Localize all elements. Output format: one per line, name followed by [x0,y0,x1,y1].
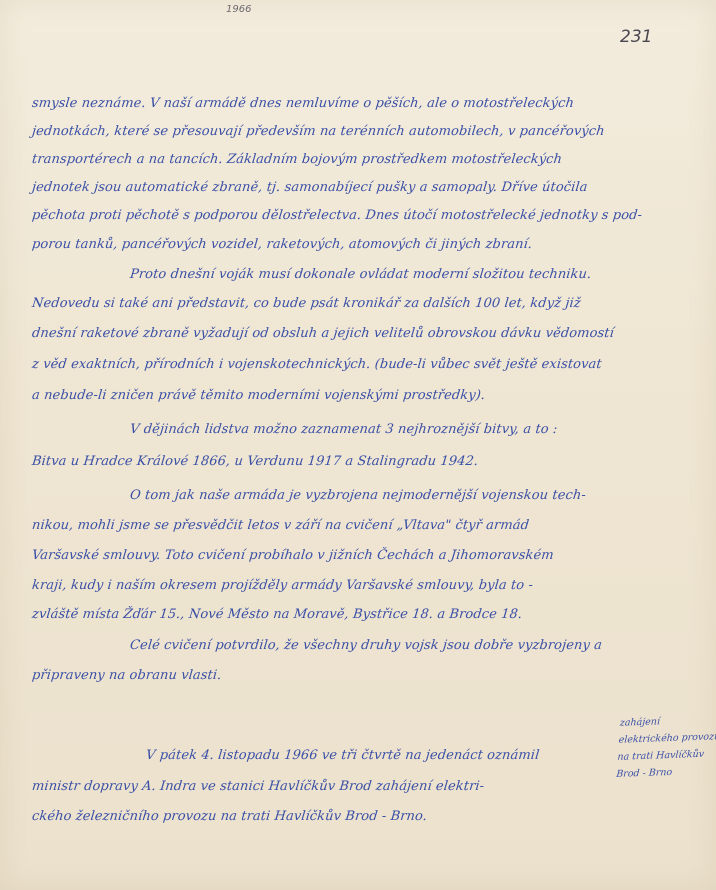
text-line: ministr dopravy A. Indra ve stanici Havl… [31,779,485,794]
text-line: jednotek jsou automatické zbraně, tj. sa… [31,180,588,195]
text-line: Proto dnešní voják musí dokonale ovládat… [129,267,592,282]
text-line: pěchota proti pěchotě s podporou dělostř… [31,208,643,223]
text-line: V dějinách lidstva možno zaznamenat 3 ne… [129,422,558,437]
text-line: Celé cvičení potvrdilo, že všechny druhy… [129,638,603,653]
margin-note-line: Brod - Brno [616,762,716,783]
text-line: Nedovedu si také ani představit, co bude… [31,296,581,311]
text-line: z věd exaktních, přírodních i vojenskote… [31,357,602,372]
header-year: 1966 [226,4,251,15]
chronicle-page: 1966 231 smysle neznáme. V naší armádě d… [0,0,716,890]
margin-note-line: na trati Havlíčkův [617,745,716,766]
text-line: transportérech a na tancích. Základním b… [31,152,563,167]
text-line: nikou, mohli jsme se přesvědčit letos v … [31,518,530,533]
text-line: V pátek 4. listopadu 1966 ve tři čtvrtě … [145,748,540,763]
text-line: Bitva u Hradce Králové 1866, u Verdunu 1… [31,454,479,469]
text-line: Varšavské smlouvy. Toto cvičení probíhal… [31,548,554,563]
text-line: a nebude-li zničen právě těmito moderním… [31,388,486,403]
page-number: 231 [620,27,652,47]
text-line: zvláště místa Žďár 15., Nové Město na Mo… [31,607,523,622]
margin-note: zahájení elektrického provozu na trati H… [616,711,716,783]
text-line: jednotkách, které se přesouvají předevší… [31,124,605,139]
text-line: kraji, kudy i naším okresem projížděly a… [31,578,534,593]
text-line: smysle neznáme. V naší armádě dnes nemlu… [31,96,574,111]
text-line: O tom jak naše armáda je vyzbrojena nejm… [129,488,586,503]
text-line: porou tanků, pancéřových vozidel, raketo… [31,237,533,252]
text-line: připraveny na obranu vlasti. [31,668,222,683]
text-line: ckého železničního provozu na trati Havl… [31,809,428,824]
text-line: dnešní raketové zbraně vyžadují od obslu… [31,326,614,341]
